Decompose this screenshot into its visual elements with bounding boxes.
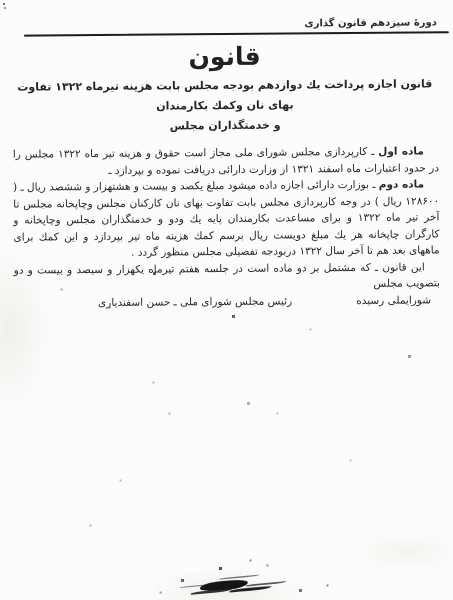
article-2-label: ماده دوم xyxy=(379,178,424,190)
law-title: قانون xyxy=(0,40,451,73)
article-1-label: ماده اول xyxy=(378,145,424,157)
article-1-text: ـ كارپردازی مجلس شورای ملی مجاز است حقوق… xyxy=(13,146,439,177)
legislative-period-header: دورهٔ سیزدهم قانون گذاری xyxy=(0,17,437,31)
article-1: ماده اول ـ كارپردازی مجلس شورای ملی مجاز… xyxy=(13,143,439,179)
article-2: ماده دوم ـ بوزارت دارائی اجازه داده میشو… xyxy=(13,176,440,262)
scan-noise-specks xyxy=(0,0,1,1)
law-subtitle-line2: و خدمتگذاران مجلس xyxy=(15,114,436,137)
closing-signature-row: شورایملی رسیده رئیس مجلس شورای ملی ـ حسن… xyxy=(14,292,440,312)
speaker-signature: رئیس مجلس شورای ملی ـ حسن اسفندیاری xyxy=(98,293,292,311)
law-subtitle-line1: قانون اجازه پرداخت یك دوازدهم بودجه مجلس… xyxy=(14,74,435,117)
closing-paragraph: این قانون ـ كه مشتمل بر دو ماده است در ج… xyxy=(14,259,440,295)
article-2-text: ـ بوزارت دارائی اجازه داده میشود مبلغ یك… xyxy=(13,179,440,259)
header-divider-rule xyxy=(24,31,449,36)
closing-continuation: شورایملی رسیده xyxy=(356,292,431,309)
page-content: دورهٔ سیزدهم قانون گذاری قانون قانون اجا… xyxy=(0,0,453,600)
law-subtitle: قانون اجازه پرداخت یك دوازدهم بودجه مجلس… xyxy=(14,74,435,137)
scanned-law-page: دورهٔ سیزدهم قانون گذاری قانون قانون اجا… xyxy=(0,0,453,600)
law-body: ماده اول ـ كارپردازی مجلس شورای ملی مجاز… xyxy=(13,143,440,311)
